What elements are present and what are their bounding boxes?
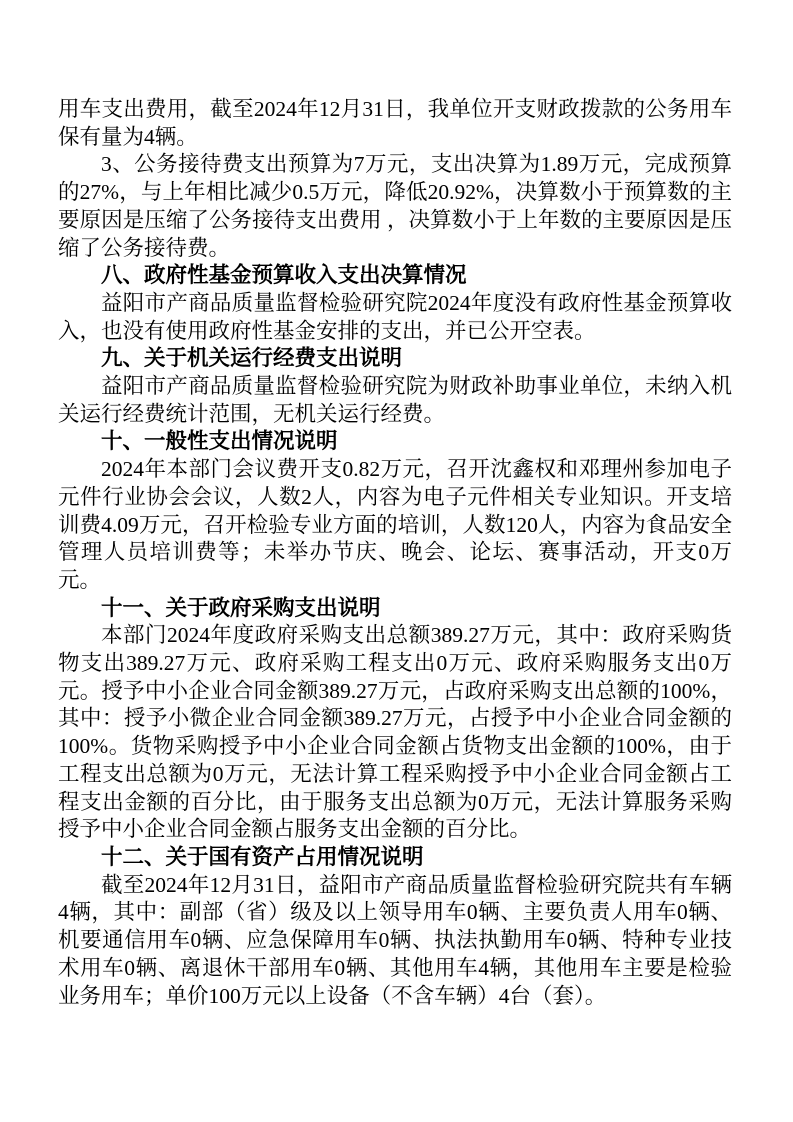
a4-document-page: 用车支出费用，截至2024年12月31日，我单位开支财政拨款的公务用车保有量为4…: [0, 0, 793, 1122]
body-paragraph: 本部门2024年度政府采购支出总额389.27万元，其中：政府采购货物支出389…: [58, 622, 732, 844]
section-heading: 八、政府性基金预算收入支出决算情况: [58, 262, 732, 290]
body-paragraph: 2024年本部门会议费开支0.82万元，召开沈鑫权和邓理州参加电子元件行业协会会…: [58, 456, 732, 595]
section-heading: 九、关于机关运行经费支出说明: [58, 345, 732, 373]
section-heading: 十二、关于国有资产占用情况说明: [58, 844, 732, 872]
body-paragraph: 3、公务接待费支出预算为7万元，支出决算为1.89万元，完成预算的27%，与上年…: [58, 151, 732, 262]
body-paragraph: 益阳市产商品质量监督检验研究院为财政补助事业单位，未纳入机关运行经费统计范围，无…: [58, 373, 732, 428]
section-heading: 十一、关于政府采购支出说明: [58, 595, 732, 623]
section-heading: 十、一般性支出情况说明: [58, 428, 732, 456]
document-text-block: 用车支出费用，截至2024年12月31日，我单位开支财政拨款的公务用车保有量为4…: [58, 96, 732, 1010]
body-paragraph: 用车支出费用，截至2024年12月31日，我单位开支财政拨款的公务用车保有量为4…: [58, 96, 732, 151]
body-paragraph: 益阳市产商品质量监督检验研究院2024年度没有政府性基金预算收入，也没有使用政府…: [58, 290, 732, 345]
body-paragraph: 截至2024年12月31日，益阳市产商品质量监督检验研究院共有车辆4辆，其中：副…: [58, 872, 732, 1011]
